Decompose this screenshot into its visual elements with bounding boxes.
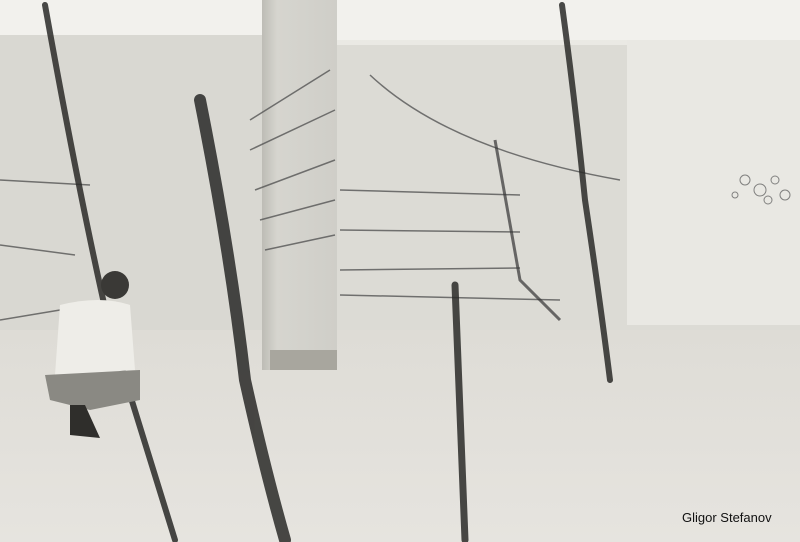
photo-credit-caption: Gligor Stefanov (682, 510, 772, 525)
installation-lines (0, 0, 800, 542)
photograph: Gligor Stefanov (0, 0, 800, 542)
crouching-man (45, 271, 140, 438)
